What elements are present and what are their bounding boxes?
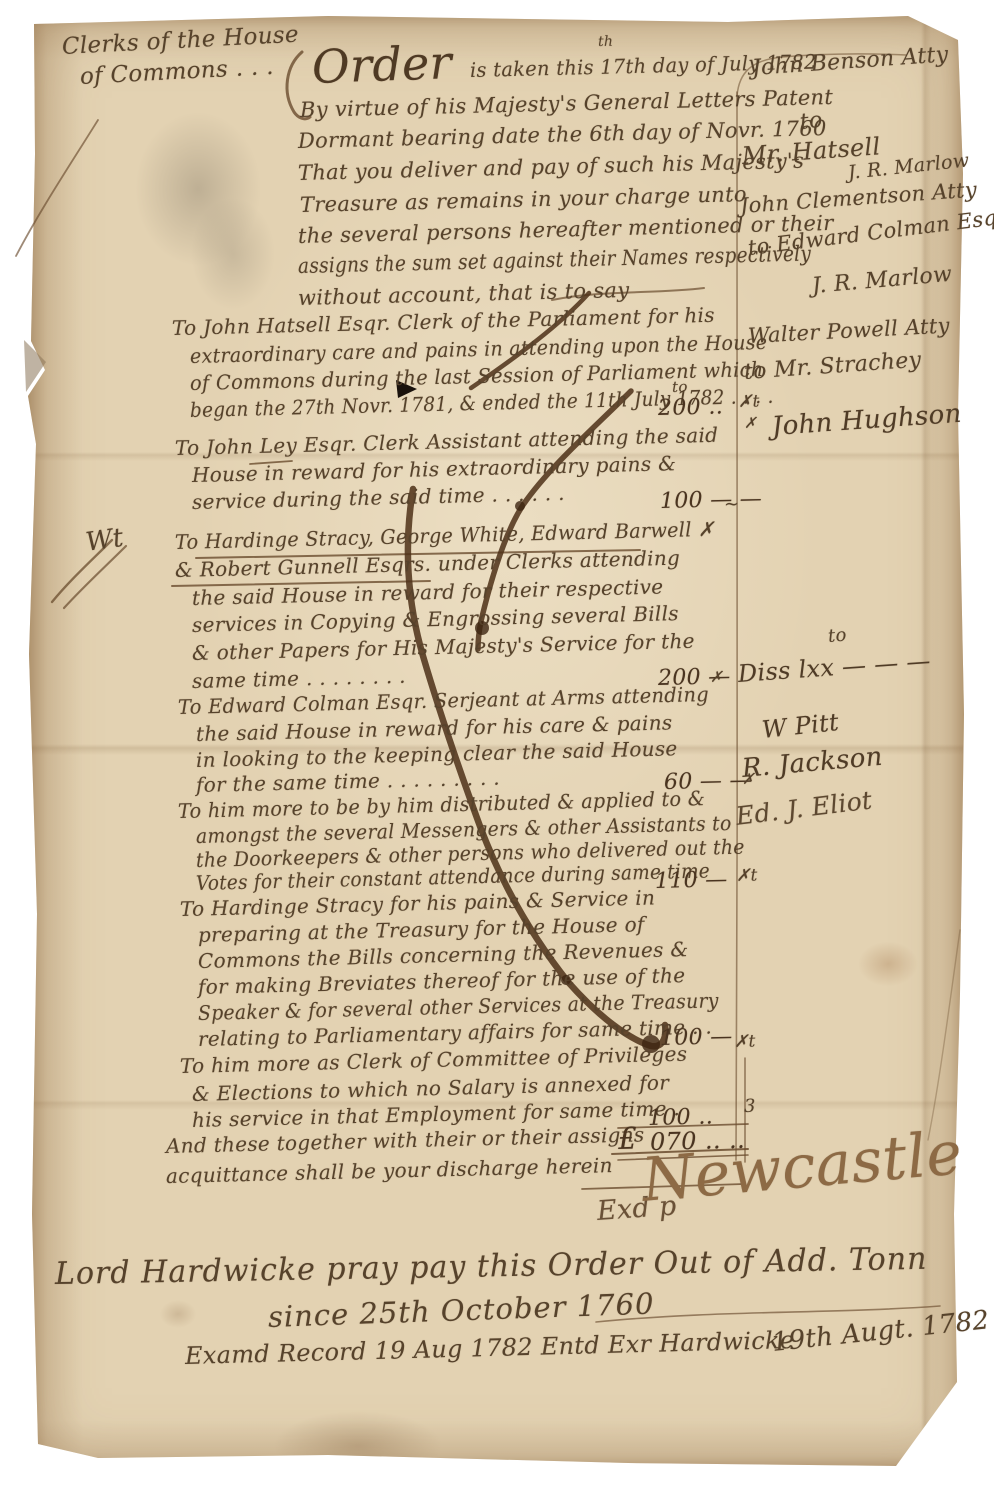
opening-word: Order bbox=[311, 35, 453, 94]
check-mark: ✗ bbox=[710, 668, 723, 686]
right-column-name: to bbox=[799, 108, 824, 135]
check-mark: ✗t bbox=[734, 1031, 756, 1052]
amount-value: 100 — — bbox=[660, 487, 763, 514]
right-column-name: to bbox=[827, 624, 847, 647]
check-mark: ✗t bbox=[736, 865, 758, 886]
total-currency: £ bbox=[618, 1122, 638, 1157]
check-mark: ~ bbox=[724, 494, 740, 515]
check-mark: to bbox=[672, 378, 688, 396]
manuscript-photo: Clerks of the House of Commons . . . Ord… bbox=[0, 0, 994, 1500]
superscript-th: th bbox=[598, 34, 614, 50]
check-mark: ✗ bbox=[744, 414, 757, 432]
margin-mark: Wt bbox=[84, 523, 126, 558]
check-mark: ✗t bbox=[738, 391, 760, 412]
check-mark: ✗ bbox=[742, 770, 755, 788]
check-mark: 3 bbox=[744, 1096, 756, 1117]
amount-value: 110 — bbox=[655, 867, 728, 894]
amount-value: 200 ‥ bbox=[658, 394, 724, 421]
